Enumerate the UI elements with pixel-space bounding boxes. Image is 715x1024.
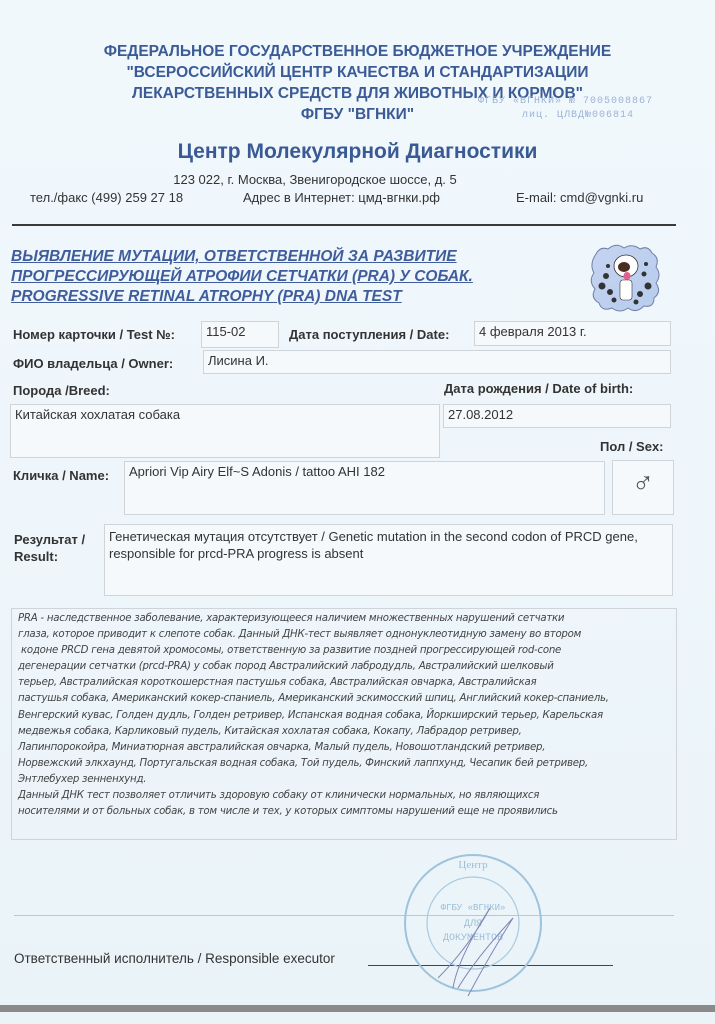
note-line: терьер, Австралийская короткошерстная па… [18, 675, 670, 691]
email: E-mail: cmd@vgnki.ru [516, 190, 643, 205]
name-label: Кличка / Name: [13, 468, 109, 483]
name-field: Apriori Vip Airy Elf~S Adonis / tattoo A… [124, 461, 605, 515]
page-bottom-edge [0, 1005, 715, 1012]
date-received-label: Дата поступления / Date: [289, 327, 449, 342]
date-of-birth-field: 27.08.2012 [443, 404, 671, 428]
svg-text:Центр: Центр [458, 859, 488, 871]
note-line: Энтлебухер зенненхунд. [18, 772, 670, 788]
note-line: Лапинпорокойра, Миниатюрная австралийска… [18, 740, 670, 756]
phone: тел./факс (499) 259 27 18 [30, 190, 183, 205]
note-line: Венгерский кувас, Голден дудль, Голден р… [18, 708, 670, 724]
note-line: глаза, которое приводит к слепоте собак.… [18, 627, 670, 643]
note-line: Норвежский элкхаунд, Португальская водна… [18, 756, 670, 772]
registration-stamp-line-1: ФГБУ «ВГНКИ» № 7005008867 [478, 96, 653, 107]
dalmatian-dog-logo-icon [586, 240, 664, 316]
owner-field: Лисина И. [203, 350, 671, 374]
signature-separator [14, 915, 674, 916]
note-line: кодоне PRCD гена девятой хромосомы, отве… [18, 643, 670, 659]
org-name-line-1: ФЕДЕРАЛЬНОЕ ГОСУДАРСТВЕННОЕ БЮДЖЕТНОЕ УЧ… [0, 42, 715, 62]
center-title: Центр Молекулярной Диагностики [0, 140, 715, 164]
executor-label: Ответственный исполнитель / Responsible … [14, 951, 335, 966]
test-number-label: Номер карточки / Test №: [13, 327, 175, 342]
address: 123 022, г. Москва, Звенигородское шоссе… [0, 172, 630, 187]
website: Адрес в Интернет: цмд-вгнки.рф [243, 190, 440, 205]
date-received-field: 4 февраля 2013 г. [474, 321, 671, 346]
note-line: носителями и от больных собак, в том чис… [18, 804, 670, 820]
note-line: Данный ДНК тест позволяет отличить здоро… [18, 788, 670, 804]
result-label-1: Результат / [14, 532, 85, 547]
note-line: пастушья собака, Американский кокер-спан… [18, 691, 670, 707]
test-title-line-3: PROGRESSIVE RETINAL ATROPHY (PRA) DNA TE… [11, 288, 402, 306]
note-line: дегенерации сетчатки (prcd-PRA) у собак … [18, 659, 670, 675]
note-line: PRA - наследственное заболевание, характ… [18, 611, 670, 627]
test-title-line-1: ВЫЯВЛЕНИЕ МУТАЦИИ, ОТВЕТСТВЕННОЙ ЗА РАЗВ… [11, 248, 457, 266]
official-seal-icon: Центр ФГБУ «ВГНКИ» ДЛЯ ДОКУМЕНТОВ [398, 848, 548, 998]
test-number-field: 115-02 [201, 321, 279, 348]
header-rule [12, 224, 676, 226]
breed-field: Китайская хохлатая собака [10, 404, 440, 458]
result-label-2: Result: [14, 549, 58, 564]
test-title-line-2: ПРОГРЕССИРУЮЩЕЙ АТРОФИИ СЕТЧАТКИ (PRA) У… [11, 268, 473, 286]
male-sex-icon: ♂ [612, 460, 674, 515]
org-name-line-2: "ВСЕРОССИЙСКИЙ ЦЕНТР КАЧЕСТВА И СТАНДАРТ… [0, 63, 715, 83]
breed-label: Порода /Breed: [13, 383, 110, 398]
pra-description-note: PRA - наследственное заболевание, характ… [11, 608, 677, 840]
date-of-birth-label: Дата рождения / Date of birth: [444, 381, 633, 396]
svg-text:ФГБУ «ВГНКИ»: ФГБУ «ВГНКИ» [441, 903, 506, 913]
result-field: Генетическая мутация отсутствует / Genet… [104, 524, 673, 596]
svg-text:ДОКУМЕНТОВ: ДОКУМЕНТОВ [443, 933, 503, 944]
owner-label: ФИО владельца / Owner: [13, 356, 173, 371]
registration-stamp-line-2: лиц. ЦЛВД№006814 [522, 110, 634, 121]
note-line: медвежья собака, Карликовый пудель, Кита… [18, 724, 670, 740]
sex-label: Пол / Sex: [600, 439, 664, 454]
